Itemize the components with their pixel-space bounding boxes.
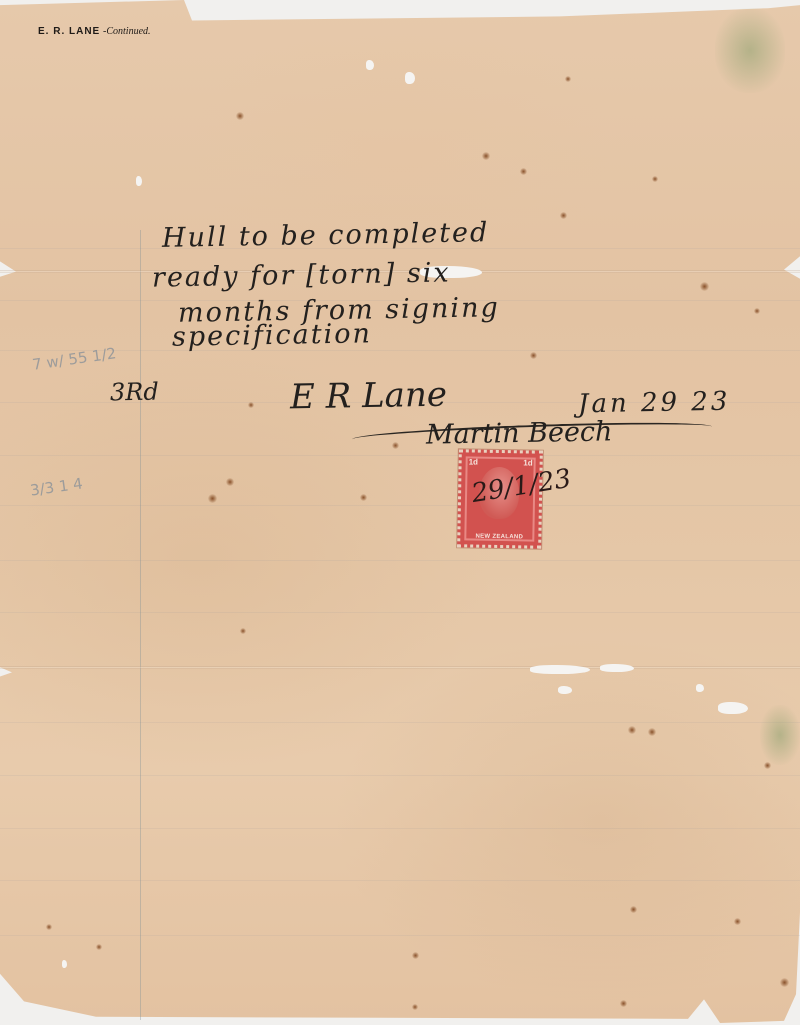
signature: E R Lane	[290, 375, 448, 418]
green-stain	[760, 705, 800, 765]
foxing-spot	[780, 978, 789, 987]
stamp-denomination-left: 1d	[469, 457, 478, 466]
foxing-spot	[560, 212, 567, 219]
stamp-denomination-right: 1d	[523, 458, 532, 467]
foxing-spot	[652, 176, 658, 182]
paper-tear	[696, 684, 704, 692]
ruled-line	[0, 722, 800, 723]
ruled-line	[0, 935, 800, 936]
ruled-line	[0, 505, 800, 506]
foxing-spot	[734, 918, 741, 925]
aged-paper-sheet	[0, 0, 800, 1025]
letterhead-name: E. R. LANE	[38, 26, 100, 37]
ruled-line	[0, 350, 800, 351]
paper-tear	[558, 686, 572, 694]
paper-hole	[62, 960, 67, 968]
foxing-spot	[46, 924, 52, 930]
countersignature: Martin Beech	[426, 416, 613, 450]
foxing-spot	[208, 494, 217, 503]
green-stain	[715, 8, 785, 93]
foxing-spot	[412, 1004, 418, 1010]
handwritten-line-1: Hull to be completed	[162, 217, 490, 254]
paper-tear	[600, 664, 634, 672]
letterhead-continued: -Continued.	[103, 26, 151, 37]
foxing-spot	[628, 726, 636, 734]
handwritten-line-2: ready for [torn] six	[152, 257, 451, 293]
foxing-spot	[764, 762, 771, 769]
foxing-spot	[620, 1000, 627, 1007]
foxing-spot	[236, 112, 244, 120]
ruled-line	[0, 828, 800, 829]
paper-hole	[136, 176, 142, 186]
foxing-spot	[565, 76, 571, 82]
ruled-line	[0, 775, 800, 776]
foxing-spot	[648, 728, 656, 736]
foxing-spot	[240, 628, 246, 634]
stamp-country: NEW ZEALAND	[463, 533, 535, 540]
fold-crease-lower	[0, 666, 800, 669]
paper-tear	[530, 665, 590, 674]
letterhead: E. R. LANE -Continued.	[38, 26, 151, 37]
handwritten-line-4: specification	[172, 318, 372, 352]
foxing-spot	[630, 906, 637, 913]
postage-stamp: 1d 1d NEW ZEALAND 29/1/23	[457, 449, 543, 548]
margin-line	[140, 230, 141, 1020]
foxing-spot	[530, 352, 537, 359]
paper-hole	[405, 72, 415, 84]
paper-tear	[718, 702, 748, 714]
ruled-line	[0, 455, 800, 456]
foxing-spot	[248, 402, 254, 408]
signature-date: Jan 29 23	[578, 387, 731, 420]
foxing-spot	[700, 282, 709, 291]
ruled-line	[0, 612, 800, 613]
foxing-spot	[754, 308, 760, 314]
ruled-line	[0, 560, 800, 561]
foxing-spot	[482, 152, 490, 160]
foxing-spot	[412, 952, 419, 959]
foxing-spot	[360, 494, 367, 501]
foxing-spot	[226, 478, 234, 486]
paper-hole	[366, 60, 374, 70]
witness-initials: 3Rd	[110, 378, 159, 407]
ruled-line	[0, 880, 800, 881]
foxing-spot	[520, 168, 527, 175]
foxing-spot	[96, 944, 102, 950]
